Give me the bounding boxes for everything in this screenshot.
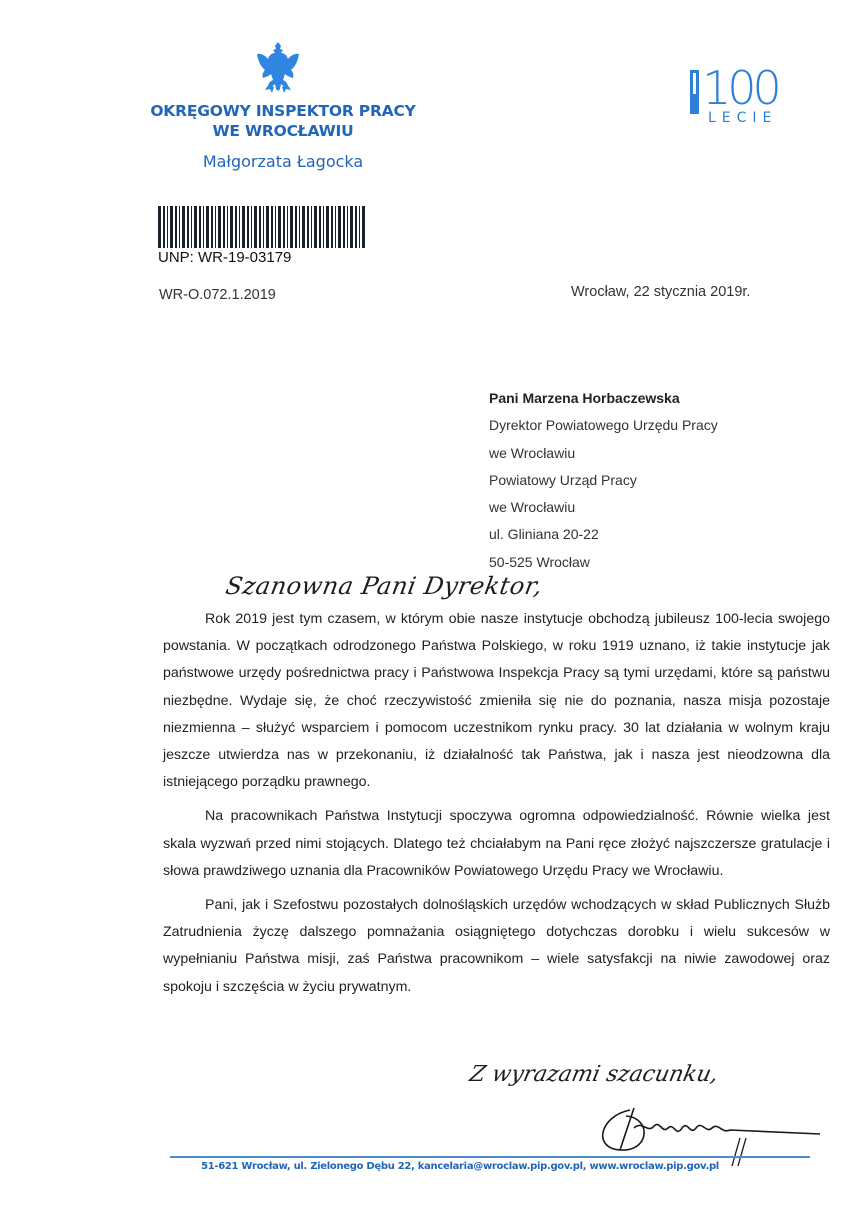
- place-date: Wrocław, 22 stycznia 2019r.: [571, 284, 750, 300]
- addressee-line: Powiatowy Urząd Pracy: [489, 469, 718, 496]
- addressee-line: we Wrocławiu: [489, 496, 718, 523]
- addressee-line: we Wrocławiu: [489, 442, 718, 469]
- handwritten-closing: Z wyrazami szacunku,: [467, 1062, 720, 1087]
- logo-subtitle: LECIE: [708, 110, 777, 126]
- footer-email-link[interactable]: kancelaria@wroclaw.pip.gov.pl: [418, 1161, 583, 1172]
- org-title-line2: WE WROCŁAWIU: [150, 121, 416, 141]
- barcode-icon: [158, 206, 368, 248]
- body-paragraph: Rok 2019 jest tym czasem, w którym obie …: [163, 606, 830, 796]
- letter-body: Rok 2019 jest tym czasem, w którym obie …: [163, 606, 830, 1008]
- org-title-line1: OKRĘGOWY INSPEKTOR PRACY: [150, 101, 416, 121]
- footer-website-link[interactable]: www.wroclaw.pip.gov.pl: [589, 1161, 718, 1172]
- inspector-name: Małgorzata Łagocka: [150, 152, 416, 171]
- handwritten-greeting: Szanowna Pani Dyrektor,: [224, 572, 545, 600]
- polish-eagle-emblem-icon: [255, 40, 301, 98]
- unp-number: UNP: WR-19-03179: [158, 249, 291, 266]
- addressee-name: Pani Marzena Horbaczewska: [489, 387, 718, 414]
- footer-divider: [170, 1156, 810, 1158]
- footer-contact: 51-621 Wrocław, ul. Zielonego Dębu 22, k…: [160, 1161, 760, 1172]
- addressee-line: ul. Gliniana 20-22: [489, 523, 718, 550]
- organization-title: OKRĘGOWY INSPEKTOR PRACY WE WROCŁAWIU: [150, 101, 416, 141]
- logo-bar-icon: [690, 70, 699, 114]
- footer-address: 51-621 Wrocław, ul. Zielonego Dębu 22,: [201, 1161, 418, 1172]
- body-paragraph: Na pracownikach Państwa Instytucji spocz…: [163, 803, 830, 885]
- body-paragraph: Pani, jak i Szefostwu pozostałych dolnoś…: [163, 892, 830, 1001]
- centenary-logo: 100 LECIE: [688, 66, 800, 126]
- logo-number: 100: [702, 62, 778, 114]
- addressee-block: Pani Marzena Horbaczewska Dyrektor Powia…: [489, 387, 718, 578]
- addressee-line: Dyrektor Powiatowego Urzędu Pracy: [489, 414, 718, 441]
- reference-number: WR-O.072.1.2019: [159, 287, 276, 303]
